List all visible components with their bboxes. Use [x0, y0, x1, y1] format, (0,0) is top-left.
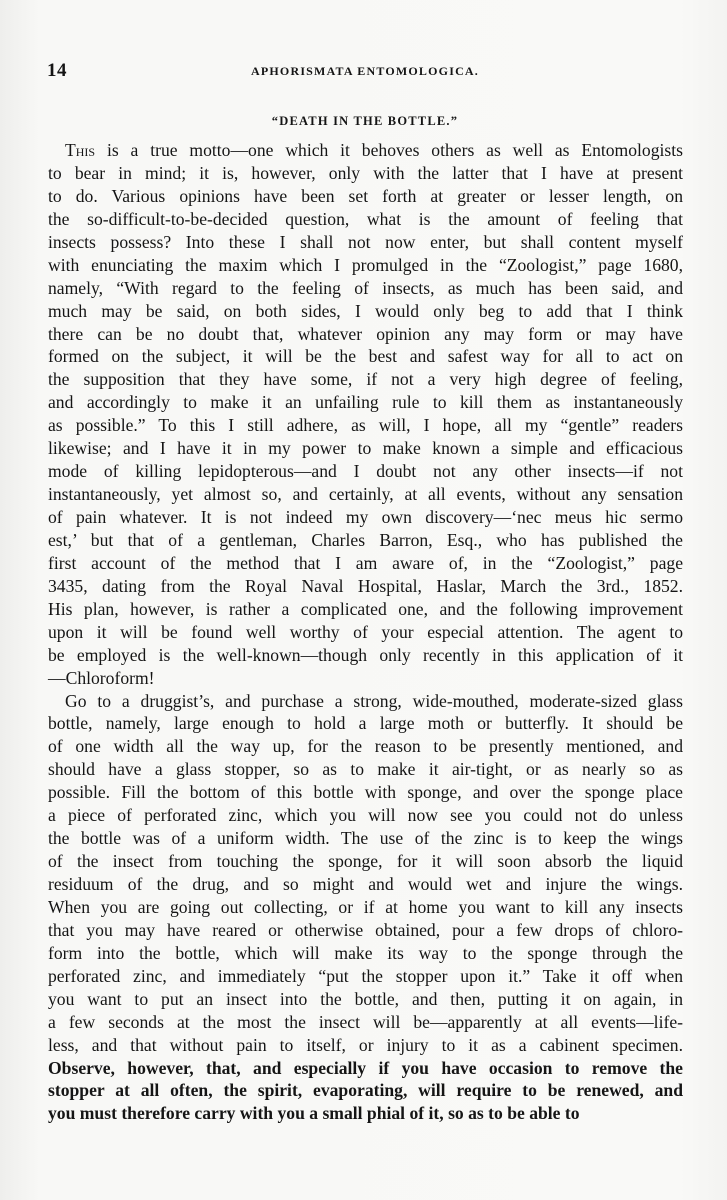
paragraph-container: This is a true motto—one which it behove… [48, 139, 683, 1125]
text-line: possible. Fill the bottom of this bottle… [48, 781, 683, 804]
text-line: be employed is the well-known—though onl… [48, 644, 683, 667]
text-line-rest: is a true motto—one which it behoves oth… [95, 140, 683, 160]
text-line: bottle, namely, large enough to hold a l… [48, 712, 683, 735]
text-line: you want to put an insect into the bottl… [48, 988, 683, 1011]
text-line: Observe, however, that, and especially i… [48, 1057, 683, 1080]
text-line: first account of the method that I am aw… [48, 552, 683, 575]
drop-word: This [65, 140, 95, 160]
text-line: 3435, dating from the Royal Naval Hospit… [48, 575, 683, 598]
running-title: APHORISMATA ENTOMOLOGICA. [47, 64, 683, 79]
text-line: a piece of perforated zinc, which you wi… [48, 804, 683, 827]
text-line: and accordingly to make it an unfailing … [48, 391, 683, 414]
text-line: instantaneously, yet almost so, and cert… [48, 483, 683, 506]
running-head: 14 APHORISMATA ENTOMOLOGICA. [47, 60, 683, 84]
text-line: of the insect from touching the sponge, … [48, 850, 683, 873]
text-line: —Chloroform! [48, 667, 683, 690]
text-line: His plan, however, is rather a complicat… [48, 598, 683, 621]
text-line: This is a true motto—one which it behove… [48, 139, 683, 162]
text-line: there can be no doubt that, whatever opi… [48, 323, 683, 346]
text-line: When you are going out collecting, or if… [48, 896, 683, 919]
text-line: with enunciating the maxim which I promu… [48, 254, 683, 277]
text-line: upon it will be found well worthy of you… [48, 621, 683, 644]
text-line: a few seconds at the most the insect wil… [48, 1011, 683, 1034]
text-line: to bear in mind; it is, however, only wi… [48, 162, 683, 185]
text-line: Go to a druggist’s, and purchase a stron… [48, 690, 683, 713]
text-line: likewise; and I have it in my power to m… [48, 437, 683, 460]
text-line: of pain whatever. It is not indeed my ow… [48, 506, 683, 529]
text-line: mode of killing lepidopterous—and I doub… [48, 460, 683, 483]
text-line: est,’ but that of a gentleman, Charles B… [48, 529, 683, 552]
text-line: residuum of the drug, and so might and w… [48, 873, 683, 896]
book-page: 14 APHORISMATA ENTOMOLOGICA. “DEATH IN T… [0, 0, 727, 1200]
text-line: form into the bottle, which will make it… [48, 942, 683, 965]
text-line: you must therefore carry with you a smal… [48, 1102, 683, 1125]
text-line: stopper at all often, the spirit, evapor… [48, 1079, 683, 1102]
text-line: insects possess? Into these I shall not … [48, 231, 683, 254]
paragraph: This is a true motto—one which it behove… [48, 139, 683, 690]
text-line: less, and that without pain to itself, o… [48, 1034, 683, 1057]
text-line: the so-difficult-to-be-decided question,… [48, 208, 683, 231]
body-text: This is a true motto—one which it behove… [48, 139, 683, 1125]
text-line: of one width all the way up, for the rea… [48, 735, 683, 758]
text-line: the bottle was of a uniform width. The u… [48, 827, 683, 850]
text-line: to do. Various opinions have been set fo… [48, 185, 683, 208]
text-line: namely, “With regard to the feeling of i… [48, 277, 683, 300]
text-line: much may be said, on both sides, I would… [48, 300, 683, 323]
text-line: the supposition that they have some, if … [48, 368, 683, 391]
text-line: should have a glass stopper, so as to ma… [48, 758, 683, 781]
text-line: as possible.” To this I still adhere, as… [48, 414, 683, 437]
section-title: “DEATH IN THE BOTTLE.” [47, 114, 683, 129]
text-line: perforated zinc, and immediately “put th… [48, 965, 683, 988]
text-line: that you may have reared or otherwise ob… [48, 919, 683, 942]
paragraph: Go to a druggist’s, and purchase a stron… [48, 690, 683, 1126]
text-line: formed on the subject, it will be the be… [48, 345, 683, 368]
